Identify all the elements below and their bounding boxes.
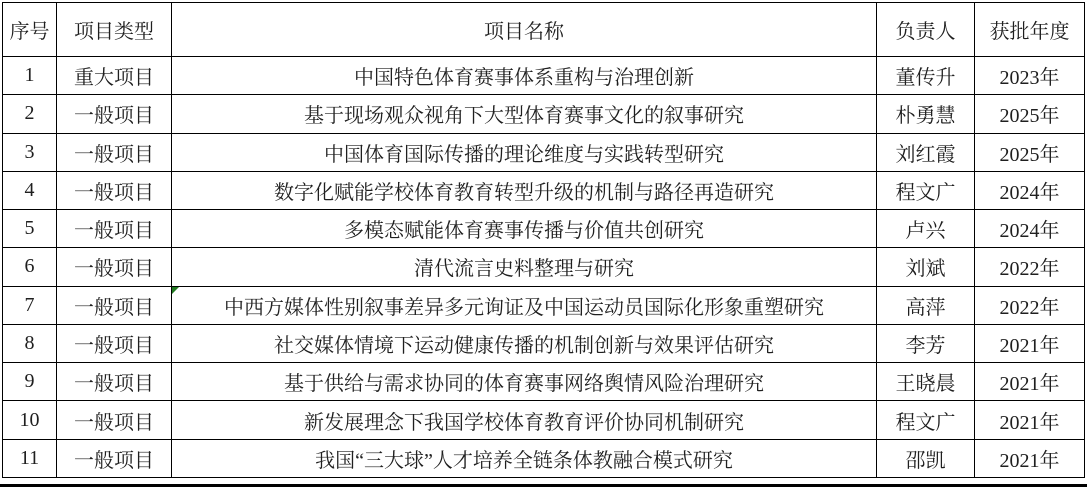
header-cell-leader[interactable]: 负责人 [877, 3, 975, 57]
cell-type[interactable]: 一般项目 [57, 133, 172, 171]
cell-year[interactable]: 2021年 [975, 324, 1085, 362]
table-row: 6一般项目清代流言史料整理与研究刘斌2022年 [3, 248, 1085, 286]
header-cell-name[interactable]: 项目名称 [172, 3, 877, 57]
cell-flag-triangle-icon [172, 287, 179, 294]
cell-name[interactable]: 我国“三大球”人才培养全链条体教融合模式研究 [172, 439, 877, 477]
cell-index[interactable]: 4 [3, 171, 57, 209]
cell-leader[interactable]: 邵凯 [877, 439, 975, 477]
cell-index[interactable]: 2 [3, 95, 57, 133]
cell-index[interactable]: 3 [3, 133, 57, 171]
cell-name[interactable]: 基于现场观众视角下大型体育赛事文化的叙事研究 [172, 95, 877, 133]
cell-leader[interactable]: 程文广 [877, 171, 975, 209]
cell-year[interactable]: 2021年 [975, 439, 1085, 477]
cell-type[interactable]: 一般项目 [57, 363, 172, 401]
cell-name[interactable]: 清代流言史料整理与研究 [172, 248, 877, 286]
cell-name[interactable]: 多模态赋能体育赛事传播与价值共创研究 [172, 210, 877, 248]
cell-name[interactable]: 数字化赋能学校体育教育转型升级的机制与路径再造研究 [172, 171, 877, 209]
cell-type[interactable]: 一般项目 [57, 324, 172, 362]
cell-year[interactable]: 2021年 [975, 401, 1085, 439]
cell-leader[interactable]: 刘红霞 [877, 133, 975, 171]
cell-leader[interactable]: 刘斌 [877, 248, 975, 286]
cell-year[interactable]: 2025年 [975, 133, 1085, 171]
table-row: 8一般项目社交媒体情境下运动健康传播的机制创新与效果评估研究李芳2021年 [3, 324, 1085, 362]
table-row: 9一般项目基于供给与需求协同的体育赛事网络舆情风险治理研究王晓晨2021年 [3, 363, 1085, 401]
cell-type[interactable]: 一般项目 [57, 401, 172, 439]
projects-table: 序号项目类型项目名称负责人获批年度 1重大项目中国特色体育赛事体系重构与治理创新… [2, 2, 1085, 478]
table-row: 4一般项目数字化赋能学校体育教育转型升级的机制与路径再造研究程文广2024年 [3, 171, 1085, 209]
cell-name[interactable]: 新发展理念下我国学校体育教育评价协同机制研究 [172, 401, 877, 439]
cell-year[interactable]: 2023年 [975, 57, 1085, 95]
cell-index[interactable]: 8 [3, 324, 57, 362]
table-row: 5一般项目多模态赋能体育赛事传播与价值共创研究卢兴2024年 [3, 210, 1085, 248]
cell-name[interactable]: 中国体育国际传播的理论维度与实践转型研究 [172, 133, 877, 171]
cell-name[interactable]: 社交媒体情境下运动健康传播的机制创新与效果评估研究 [172, 324, 877, 362]
cell-type[interactable]: 一般项目 [57, 286, 172, 324]
table-row: 11一般项目我国“三大球”人才培养全链条体教融合模式研究邵凯2021年 [3, 439, 1085, 477]
cell-type[interactable]: 一般项目 [57, 210, 172, 248]
cell-leader[interactable]: 高萍 [877, 286, 975, 324]
bottom-thick-border [0, 484, 1087, 487]
table-row: 10一般项目新发展理念下我国学校体育教育评价协同机制研究程文广2021年 [3, 401, 1085, 439]
table-row: 7一般项目中西方媒体性别叙事差异多元询证及中国运动员国际化形象重塑研究高萍202… [3, 286, 1085, 324]
cell-leader[interactable]: 王晓晨 [877, 363, 975, 401]
cell-index[interactable]: 11 [3, 439, 57, 477]
cell-year[interactable]: 2024年 [975, 171, 1085, 209]
table-row: 3一般项目中国体育国际传播的理论维度与实践转型研究刘红霞2025年 [3, 133, 1085, 171]
cell-year[interactable]: 2022年 [975, 248, 1085, 286]
cell-year[interactable]: 2021年 [975, 363, 1085, 401]
cell-leader[interactable]: 卢兴 [877, 210, 975, 248]
header-cell-year[interactable]: 获批年度 [975, 3, 1085, 57]
cell-leader[interactable]: 李芳 [877, 324, 975, 362]
cell-index[interactable]: 10 [3, 401, 57, 439]
cell-type[interactable]: 重大项目 [57, 57, 172, 95]
cell-type[interactable]: 一般项目 [57, 439, 172, 477]
cell-year[interactable]: 2022年 [975, 286, 1085, 324]
cell-year[interactable]: 2025年 [975, 95, 1085, 133]
table-body: 1重大项目中国特色体育赛事体系重构与治理创新董传升2023年2一般项目基于现场观… [3, 57, 1085, 478]
table-row: 1重大项目中国特色体育赛事体系重构与治理创新董传升2023年 [3, 57, 1085, 95]
cell-type[interactable]: 一般项目 [57, 95, 172, 133]
cell-index[interactable]: 6 [3, 248, 57, 286]
table-row: 2一般项目基于现场观众视角下大型体育赛事文化的叙事研究朴勇慧2025年 [3, 95, 1085, 133]
cell-type[interactable]: 一般项目 [57, 171, 172, 209]
cell-name[interactable]: 基于供给与需求协同的体育赛事网络舆情风险治理研究 [172, 363, 877, 401]
cell-leader[interactable]: 董传升 [877, 57, 975, 95]
cell-year[interactable]: 2024年 [975, 210, 1085, 248]
cell-index[interactable]: 5 [3, 210, 57, 248]
header-cell-type[interactable]: 项目类型 [57, 3, 172, 57]
cell-leader[interactable]: 朴勇慧 [877, 95, 975, 133]
cell-name[interactable]: 中国特色体育赛事体系重构与治理创新 [172, 57, 877, 95]
cell-leader[interactable]: 程文广 [877, 401, 975, 439]
header-row: 序号项目类型项目名称负责人获批年度 [3, 3, 1085, 57]
cell-index[interactable]: 7 [3, 286, 57, 324]
cell-name[interactable]: 中西方媒体性别叙事差异多元询证及中国运动员国际化形象重塑研究 [172, 286, 877, 324]
cell-type[interactable]: 一般项目 [57, 248, 172, 286]
header-cell-index[interactable]: 序号 [3, 3, 57, 57]
cell-index[interactable]: 1 [3, 57, 57, 95]
cell-index[interactable]: 9 [3, 363, 57, 401]
